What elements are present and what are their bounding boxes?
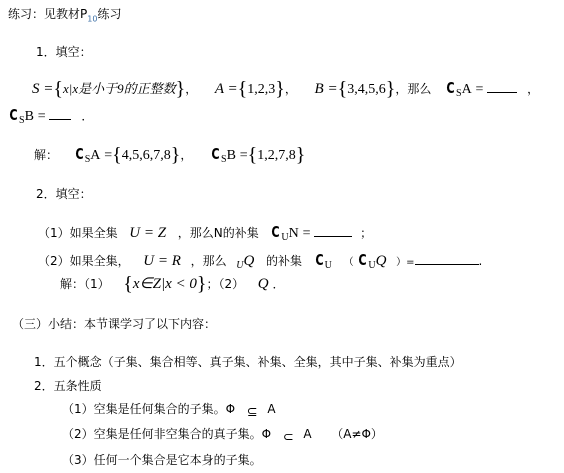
- p1-math: U = Z: [129, 225, 166, 241]
- b-label: B =: [315, 81, 338, 97]
- q2-answer: 解：（1） {x∈Z|x < 0}；（2） Q ．: [60, 276, 284, 298]
- p1-prefix: （1）如果全集: [38, 226, 118, 240]
- period: .: [479, 254, 483, 268]
- paren-open: （: [344, 257, 354, 268]
- answer-blank-2[interactable]: [49, 107, 71, 120]
- equals: =: [476, 82, 484, 97]
- property-1: （1）空集是任何集合的子集。Φ ⊆ A: [62, 401, 276, 421]
- q1-statement: S ={x|x是小于9的正整数}， A ={1,2,3}， B ={3,4,5,…: [32, 80, 539, 102]
- period: ．: [272, 277, 284, 291]
- p2-mid2: 的补集: [266, 254, 302, 268]
- b-set-content: 3,4,5,6: [347, 82, 386, 97]
- subscript-u: U: [281, 232, 288, 243]
- summary-item-1: 1．五个概念（子集、集合相等、真子集、补集、全集，其中子集、补集为重点）: [34, 354, 462, 370]
- a-set-content: 1,2,3: [247, 82, 275, 97]
- set-a: A: [462, 82, 472, 97]
- paren-close-eq: ）=: [396, 257, 414, 268]
- answer-blank-3[interactable]: [314, 224, 352, 237]
- complement-icon: C: [272, 224, 280, 240]
- complement-icon: C: [446, 80, 454, 96]
- brace-close: }: [176, 78, 186, 100]
- proper-subset-icon: ⊂: [283, 430, 294, 445]
- p2-prefix: （2）如果全集，: [38, 254, 130, 268]
- set-q: Q: [376, 253, 387, 269]
- answer-sep: ；（2）: [207, 277, 245, 291]
- q1-answer: 解： CSA ={4,5,6,7,8}， CSB ={1,2,7,8}: [34, 146, 305, 168]
- q2-title: 2．填空：: [36, 186, 92, 202]
- subscript-u: U: [325, 260, 332, 271]
- exercise-header: 练习：见教材P10练习: [8, 6, 121, 27]
- answer-b: 1,2,7,8: [257, 148, 296, 163]
- equals: =: [104, 148, 112, 163]
- complement-icon: C: [359, 252, 367, 268]
- set-a: A: [90, 148, 100, 163]
- complement-icon: C: [75, 146, 83, 162]
- q2-part2: （2）如果全集， U = R ，那么 UQ 的补集 CU （ CUQ ）=.: [38, 252, 482, 272]
- q1-title: 1．填空：: [36, 44, 92, 60]
- answer-label: 解：: [34, 148, 58, 162]
- summary-item-2: 2．五条性质: [34, 378, 102, 394]
- header-suffix: 练习: [97, 7, 121, 21]
- header-text: 练习：见教材P: [8, 7, 87, 21]
- set-b: B: [25, 109, 34, 124]
- a-label: A =: [215, 81, 238, 97]
- complement-icon: C: [211, 146, 219, 162]
- s-label: S =: [32, 81, 53, 97]
- brace-open: {: [53, 78, 63, 100]
- answer-label: 解：（1）: [60, 277, 110, 291]
- set-b: B: [227, 148, 236, 163]
- set-a: A: [267, 402, 275, 416]
- set-q: Q: [243, 253, 254, 269]
- property-3: （3）任何一个集合是它本身的子集。: [62, 452, 262, 468]
- p2-math: U = R: [143, 253, 181, 269]
- answer-blank-4[interactable]: [415, 252, 479, 265]
- answer-a: 4,5,6,7,8: [122, 148, 171, 163]
- comma: ，: [185, 82, 197, 96]
- q1-statement-cont: CSB = ．: [8, 107, 93, 129]
- then-text: ，那么: [395, 82, 431, 96]
- complement-icon: C: [315, 252, 323, 268]
- q2-part1: （1）如果全集 U = Z ，那么N的补集 CUN = ；: [38, 224, 372, 244]
- answer-2: Q: [258, 276, 269, 292]
- comma: ，: [527, 82, 539, 96]
- s-set-content: x|x是小于9的正整数: [63, 81, 176, 96]
- complement-icon: C: [9, 107, 17, 123]
- answer-1: x∈Z|x < 0: [133, 276, 197, 292]
- summary-title: （三）小结：本节课学习了以下内容：: [12, 316, 216, 332]
- prop2-condition: （A≠Φ）: [331, 427, 383, 441]
- equals: =: [38, 109, 46, 124]
- semicolon: ；: [360, 226, 372, 240]
- prop2-text: （2）空集是任何非空集合的真子集。Φ: [62, 427, 271, 441]
- p2-mid: ，那么: [191, 254, 227, 268]
- equals: =: [303, 226, 311, 241]
- page-number: 10: [87, 14, 97, 23]
- p1-mid: ，那么N的补集: [178, 226, 259, 240]
- subscript-u: U: [368, 260, 375, 271]
- period: ．: [81, 109, 93, 123]
- prop1-text: （1）空集是任何集合的子集。Φ: [62, 402, 235, 416]
- set-a: A: [303, 427, 311, 441]
- property-2: （2）空集是任何非空集合的真子集。Φ ⊂ A （A≠Φ）: [62, 426, 383, 446]
- equals: =: [240, 148, 248, 163]
- set-n: N: [289, 226, 299, 241]
- answer-blank-1[interactable]: [487, 80, 517, 93]
- subset-eq-icon: ⊆: [247, 405, 258, 420]
